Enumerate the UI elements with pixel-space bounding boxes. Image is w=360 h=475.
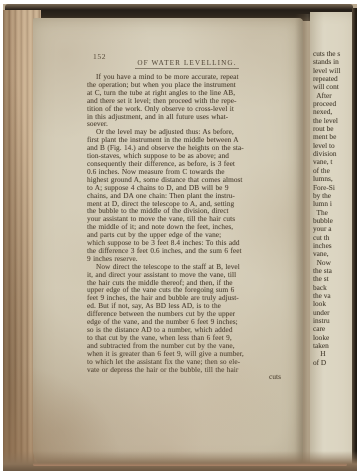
running-head: OF WATER LEVELLING. bbox=[135, 59, 238, 69]
catchword: cuts bbox=[87, 373, 287, 381]
paragraph-1: If you have a mind to be more accurate, … bbox=[87, 73, 287, 128]
right-page-visible-text: cuts the s stands in level will repeated… bbox=[313, 50, 356, 367]
book-bottom-edge bbox=[3, 451, 357, 471]
page-header: 152 OF WATER LEVELLING. bbox=[87, 52, 287, 66]
left-page: 152 OF WATER LEVELLING. If you have a mi… bbox=[33, 18, 303, 467]
running-head-wrap: OF WATER LEVELLING. bbox=[87, 52, 287, 70]
scanned-book-photo: 152 OF WATER LEVELLING. If you have a mi… bbox=[3, 4, 357, 471]
paragraph-3: Now direct the telescope to the staff at… bbox=[87, 263, 287, 374]
book-right-edge bbox=[352, 8, 357, 469]
body-text: If you have a mind to be more accurate, … bbox=[87, 73, 287, 413]
paragraph-2: Or the level may be adjusted thus: As be… bbox=[87, 128, 287, 262]
right-page-sliver: cuts the s stands in level will repeated… bbox=[310, 12, 356, 467]
